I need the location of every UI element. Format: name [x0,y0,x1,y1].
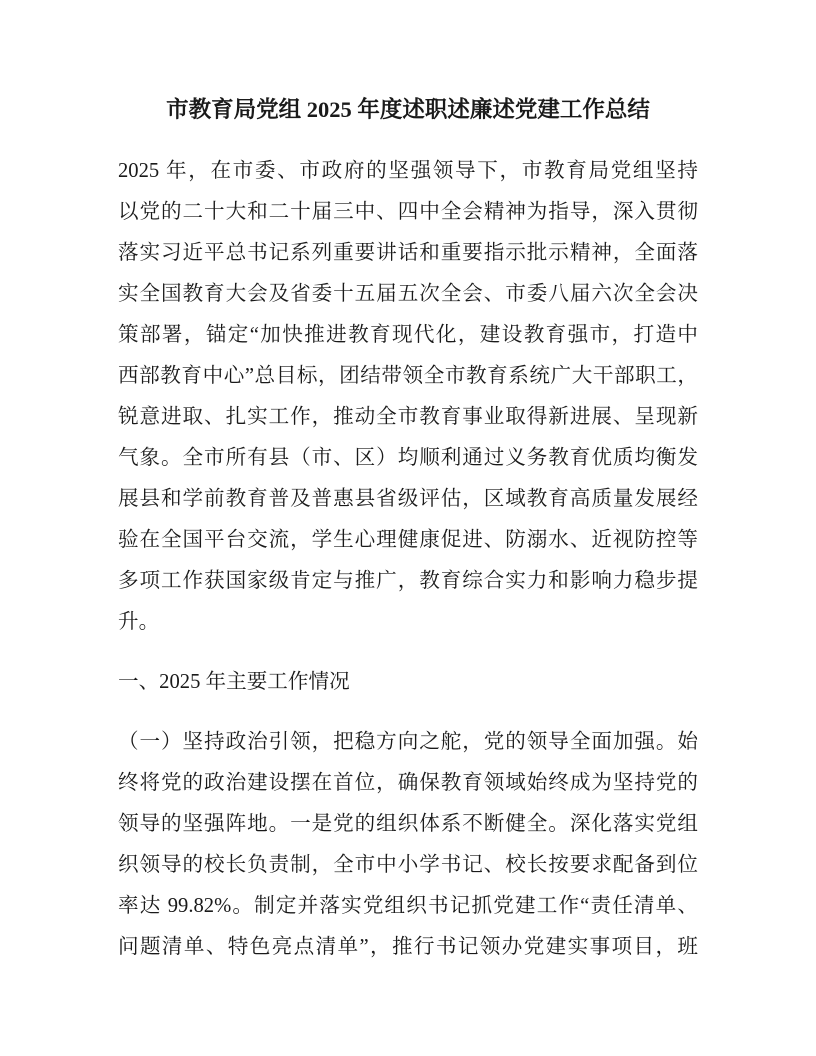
document-title: 市教育局党组 2025 年度述职述廉述党建工作总结 [118,88,698,132]
text-line: 领导的坚强阵地。一是党的组织体系不断健全。深化落实党组 [118,804,698,845]
text-line: 2025 年，在市委、市政府的坚强领导下，市教育局党组坚持 [118,151,698,192]
text-line: 气象。全市所有县（市、区）均顺利通过义务教育优质均衡发 [118,438,698,479]
text-line: 验在全国平台交流，学生心理健康促进、防溺水、近视防控等 [118,520,698,561]
section-heading: 一、2025 年主要工作情况 [118,662,698,703]
text-line: 西部教育中心”总目标，团结带领全市教育系统广大干部职工， [118,356,698,397]
text-line: 多项工作获国家级肯定与推广，教育综合实力和影响力稳步提 [118,561,698,602]
text-line: 策部署，锚定“加快推进教育现代化，建设教育强市，打造中 [118,315,698,356]
document-body: 2025 年，在市委、市政府的坚强领导下，市教育局党组坚持以党的二十大和二十届三… [118,151,698,968]
text-line: 率达 99.82%。制定并落实党组织书记抓党建工作“责任清单、 [118,886,698,927]
text-line: 终将党的政治建设摆在首位，确保教育领域始终成为坚持党的 [118,763,698,804]
document-page: 市教育局党组 2025 年度述职述廉述党建工作总结 2025 年，在市委、市政府… [0,0,816,1056]
text-line: 问题清单、特色亮点清单”，推行书记领办党建实事项目，班 [118,927,698,968]
text-line: 锐意进取、扎实工作，推动全市教育事业取得新进展、呈现新 [118,397,698,438]
text-line: 展县和学前教育普及普惠县省级评估，区域教育高质量发展经 [118,479,698,520]
text-line: 实全国教育大会及省委十五届五次全会、市委八届六次全会决 [118,274,698,315]
text-line: 升。 [118,602,698,643]
text-line: 以党的二十大和二十届三中、四中全会精神为指导，深入贯彻 [118,192,698,233]
text-line: （一）坚持政治引领，把稳方向之舵，党的领导全面加强。始 [118,722,698,763]
paragraph: （一）坚持政治引领，把稳方向之舵，党的领导全面加强。始终将党的政治建设摆在首位，… [118,722,698,968]
text-line: 织领导的校长负责制，全市中小学书记、校长按要求配备到位 [118,845,698,886]
text-line: 落实习近平总书记系列重要讲话和重要指示批示精神，全面落 [118,233,698,274]
paragraph: 2025 年，在市委、市政府的坚强领导下，市教育局党组坚持以党的二十大和二十届三… [118,151,698,643]
text-line: 一、2025 年主要工作情况 [118,662,698,703]
